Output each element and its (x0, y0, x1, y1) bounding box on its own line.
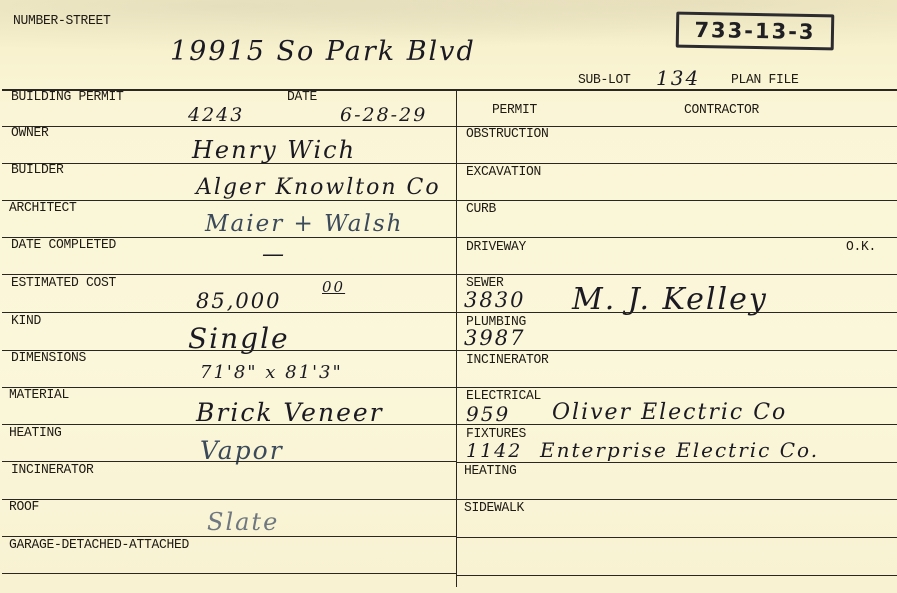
rule (2, 573, 456, 574)
date-label: DATE (287, 89, 317, 105)
fixtures-label: FIXTURES (466, 426, 526, 442)
electrical-contractor: Oliver Electric Co (552, 400, 787, 425)
builder-label: BUILDER (11, 162, 64, 178)
incinerator-label: INCINERATOR (11, 462, 94, 478)
dimensions-value: 71'8" x 81'3" (200, 362, 343, 383)
architect-label: ARCHITECT (9, 200, 77, 216)
card-stamp-number: 733-13-3 (676, 12, 835, 51)
sewer-permit: 3830 (464, 288, 525, 312)
building-permit-label: BUILDING PERMIT (11, 89, 124, 105)
fixtures-contractor: Enterprise Electric Co. (540, 438, 819, 462)
driveway-note: O.K. (846, 239, 876, 255)
sub-lot-value: 134 (656, 66, 700, 90)
date-value: 6-28-29 (340, 104, 427, 126)
owner-label: OWNER (11, 125, 49, 141)
rule (2, 424, 456, 425)
permit-column-header: PERMIT (492, 102, 537, 118)
roof-label: ROOF (9, 499, 39, 515)
number-street-value: 19915 So Park Blvd (170, 36, 476, 67)
rule (2, 312, 456, 313)
rule (456, 462, 897, 463)
rule (456, 200, 897, 201)
rule (456, 274, 897, 275)
rule (2, 499, 456, 500)
builder-value: Alger Knowlton Co (196, 175, 441, 200)
excavation-label: EXCAVATION (466, 164, 541, 180)
obstruction-label: OBSTRUCTION (466, 126, 549, 142)
plan-file-label: PLAN FILE (731, 72, 799, 88)
estimated-cost-label: ESTIMATED COST (11, 275, 116, 291)
architect-value: Maier + Walsh (205, 211, 403, 237)
electrical-permit: 959 (466, 402, 510, 426)
kind-label: KIND (11, 313, 41, 329)
heating-label: HEATING (9, 425, 62, 441)
material-value: Brick Veneer (196, 398, 384, 427)
number-street-label: NUMBER-STREET (13, 13, 111, 29)
rule (456, 575, 897, 576)
estimated-cost-value: 85,000 (196, 289, 281, 313)
garage-label: GARAGE-DETACHED-ATTACHED (9, 537, 189, 553)
plumbing-permit: 3987 (464, 326, 525, 350)
electrical-label: ELECTRICAL (466, 388, 541, 404)
incinerator-permit-label: INCINERATOR (466, 352, 549, 368)
dimensions-label: DIMENSIONS (11, 350, 86, 366)
rule (456, 537, 897, 538)
heating-permit-label: HEATING (464, 463, 517, 479)
material-label: MATERIAL (9, 387, 69, 403)
date-completed-value: — (262, 242, 286, 267)
building-permit-value: 4243 (188, 104, 244, 126)
date-completed-label: DATE COMPLETED (11, 237, 116, 253)
rule (2, 387, 456, 388)
rule (2, 89, 897, 91)
curb-label: CURB (466, 201, 496, 217)
sub-lot-label: SUB-LOT (578, 72, 631, 88)
rule (2, 126, 456, 127)
contractor-column-header: CONTRACTOR (684, 102, 759, 118)
rule (2, 163, 456, 164)
estimated-cost-cents: 00 (322, 278, 345, 296)
owner-value: Henry Wich (192, 136, 356, 164)
fixtures-permit: 1142 (466, 440, 522, 462)
roof-value: Slate (207, 508, 279, 536)
sidewalk-label: SIDEWALK (464, 500, 524, 516)
driveway-label: DRIVEWAY (466, 239, 526, 255)
